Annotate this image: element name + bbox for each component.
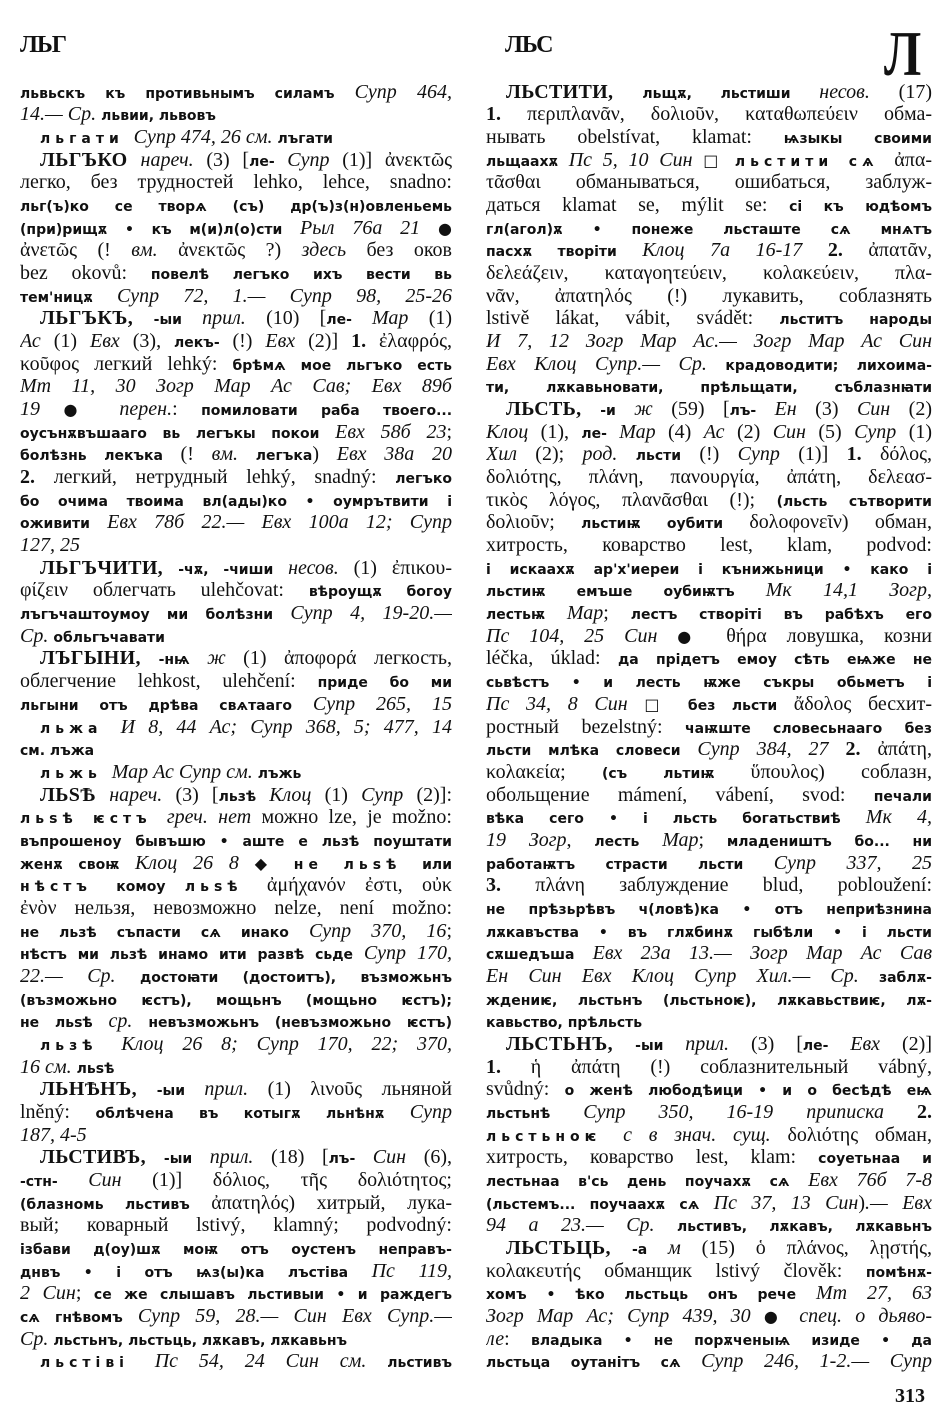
column-right: ЛЬСТИТИ, льщѫ, льстиши несов. (17)1. περ… [486, 81, 932, 1373]
source-reference: Пс 5, 10 Син [569, 149, 704, 171]
headword: ЛЪГЫНИ, [40, 647, 159, 669]
ocs-text: і искаахѫ ар'х'иереи і кънижьници • како… [486, 562, 932, 578]
gloss-text: (1) [909, 421, 932, 443]
source-reference: Евх 23а 13.— Зогр Мар Ас Сав [593, 942, 932, 964]
ocs-text: не льзѣ съпасти сѧ инако [20, 925, 309, 941]
text-line: κολακευτής обманщик lstivý člověk: помѣн… [486, 1260, 932, 1283]
source-reference: Евх 76б 7-8 [808, 1169, 932, 1191]
text-line: не льзѣ съпасти сѧ инако Супр 370, 16; [20, 920, 452, 943]
source-reference: Мт 11, 30 Зогр Мар Ас Сав; Евх 89б [20, 375, 452, 397]
source-reference: Ср. [20, 625, 53, 647]
ocs-text: лъжь [258, 766, 302, 782]
source-reference: Пс 37, 13 Син [714, 1192, 859, 1214]
text-line: lstivě lákat, vábit, svádět: льститъ нар… [486, 307, 932, 330]
ocs-text: чаѭште словесьнааго без [685, 721, 932, 737]
text-line: хитрость, коварство lest, klam: соуетьна… [486, 1146, 932, 1169]
text-line: 127, 25 [20, 534, 452, 557]
source-reference: Супр 265, 15 [313, 693, 452, 715]
gloss-text: ὕπουλος) соблазн, [751, 761, 932, 783]
source-reference: несов. [819, 81, 898, 103]
text-line: облегчение lehkost, ulehčení: приде бо м… [20, 670, 452, 693]
ocs-text: льстьца оутанітъ сѧ [486, 1355, 701, 1371]
ocs-text: без льсти [688, 698, 794, 714]
source-reference: Хил [486, 443, 535, 465]
ocs-text: льстивъ, лѫкавъ, лѫкавьнъ [677, 1219, 932, 1235]
text-line: обольщение mámení, vábení, svod: печали [486, 784, 932, 807]
gloss-text: ) [312, 443, 336, 465]
ocs-text: ізбави д(оу)шѫ моѭ отъ оустенъ неправъ- [20, 1242, 452, 1258]
source-reference: Клоц 26 8; Супр 170, 22; 370, [121, 1033, 452, 1055]
source-reference: Мар [372, 307, 429, 329]
source-reference: Син [373, 1146, 424, 1168]
gloss-text: легкий, нетрудный lehký, snadný: [54, 466, 396, 488]
gloss-text: вый; коварный lstivý, klamný; podvodný: [20, 1214, 452, 1236]
gloss-text: πλάνη заблуждение blud, pobloužení: [535, 874, 932, 896]
source-reference: Рыл 76а 21 [300, 217, 438, 239]
text-line: ЛЬЅѢ нареч. (3) [льзѣ Клоц (1) Супр (2)]… [20, 784, 452, 807]
gloss-text: (59) [ [671, 398, 729, 420]
gloss-text: ἀπάτη, [877, 738, 932, 760]
gloss-text: ἐνὸν нельзя, невозможно nelze, není možn… [20, 897, 452, 919]
ocs-text: младеништъ бо... ни [727, 834, 932, 850]
ocs-text: -ыи [154, 312, 202, 328]
text-line: льзѣ Клоц 26 8; Супр 170, 22; 370, [20, 1033, 452, 1056]
gloss-text: δολιότης обман, [787, 1124, 932, 1146]
text-line: δολιοῦν; льстиѭ оубити δολοφονεῖν) обман… [486, 511, 932, 534]
gloss-text: δολιοῦν; [486, 511, 581, 533]
text-line: львьскъ къ противьнымъ силамъ Супр 464, [20, 81, 452, 104]
text-line: 2 Син; се же слышавъ льстивыи • и раждег… [20, 1282, 452, 1305]
source-reference: прил. [685, 1033, 751, 1055]
source-reference: м [668, 1237, 702, 1259]
text-line: лестьѭ Мар; лестъ створіті въ рабѣхъ его [486, 602, 932, 625]
gloss-text: ἀνεκτῶς ?) [178, 239, 302, 261]
source-reference: Мар [619, 421, 668, 443]
source-reference: Клоц [269, 784, 324, 806]
text-line: оживити Евх 78б 22.— Евх 100а 12; Супр [20, 511, 452, 534]
ocs-text: лъ- [329, 1151, 373, 1167]
gloss-text: (3) [815, 398, 857, 420]
ocs-text: оусънѫвъшааго вь легъкы покои [20, 426, 335, 442]
source-reference: Мт 27, 63 [816, 1282, 932, 1304]
ocs-text: лестьѭ [486, 607, 567, 623]
gloss-text: κολακευτής обманщик lstivý člověk: [486, 1260, 866, 1282]
text-line: льстьноѥ с в знач. сущ. δολιότης обман, [486, 1124, 932, 1147]
ocs-text: -ыи [164, 1151, 210, 1167]
gloss-text: : [504, 1328, 531, 1350]
gloss-text: τᾶσθαι обманываться, ошибаться, заблуж- [486, 171, 932, 193]
ocs-text: -чѫ, -чиши [178, 562, 288, 578]
source-reference: Супр 72, 1.— Супр 98, 25-26 [117, 285, 452, 307]
ocs-text: помиловати раба твоего... [201, 403, 452, 419]
gloss-text: ; [698, 829, 726, 851]
ocs-text: (льстемъ... поучаахѫ сѧ [486, 1197, 714, 1213]
gloss-text: (2) [737, 421, 773, 443]
ocs-text: пасхѫ творіти [486, 244, 642, 260]
text-line: bez okovů: повелѣ легъко ихъ вести вь [20, 262, 452, 285]
ocs-text: лъгати [278, 131, 333, 147]
source-reference: Син [857, 398, 909, 420]
text-line: 14.— Ср. львии, львовъ [20, 103, 452, 126]
gloss-text: (3) [ [206, 149, 249, 171]
text-line: сѫшедъша Евх 23а 13.— Зогр Мар Ас Сав [486, 942, 932, 965]
ocs-text: -нѩ [159, 652, 208, 668]
source-reference: Клоц [486, 421, 541, 443]
text-line: κολακεία; (съ льтиѭ ὕπουλος) соблазн, [486, 761, 932, 784]
source-reference: Мк 14,1 Зогр [766, 579, 927, 601]
source-reference: 14.— Ср. [20, 103, 101, 125]
source-reference: Мар [567, 602, 603, 624]
headword: ЛЬСТЬ, [506, 398, 600, 420]
ocs-text: соуетьнаа и [818, 1151, 932, 1167]
ocs-form-spaced: льстити сѧ [735, 154, 894, 170]
text-line: вый; коварный lstivý, klamný; podvodný: [20, 1214, 452, 1237]
ocs-text: льстивъ [387, 1355, 452, 1371]
text-line: Ен Син Евх Клоц Супр Хил.— Ср. заблѫ- [486, 965, 932, 988]
ocs-text: ти, лѫкавьновати, прѣльщати, съблазнꙗти [486, 380, 932, 396]
source-reference: Супр [410, 1101, 452, 1123]
source-reference: Ас [20, 330, 54, 352]
text-line: Ср. обльгъчавати [20, 625, 452, 648]
text-line: льжа И 8, 44 Ас; Супр 368, 5; 477, 14 [20, 716, 452, 739]
text-line: ростный bezelstný: чаѭште словесьнааго б… [486, 716, 932, 739]
source-reference: здесь [302, 239, 367, 261]
sense-number: 1. [486, 1056, 531, 1078]
headword: ЛЬГЪКО [40, 149, 141, 171]
text-line: ЛЬНѢНЪ, -ыи прил. (1) λινοῦς льняной [20, 1078, 452, 1101]
ocs-text: (възможьно ѥстъ), мощьнъ (мощьно ѥстъ); [20, 993, 452, 1009]
text-line: женѫ своѭ Клоц 26 8 ◆ не льѕѣ или [20, 852, 452, 875]
ocs-text: не прѣзьрѣвъ ч(ловѣ)ка • отъ неприѣзнина [486, 902, 932, 918]
source-reference: Евх 78б 22.— Евх 100а 12; Супр [107, 511, 452, 533]
text-line: хомъ • ѣко льстьць онъ рече Мт 27, 63 [486, 1282, 932, 1305]
ocs-text: -стн- [20, 1174, 88, 1190]
ocs-text: хомъ • ѣко льстьць онъ рече [486, 1287, 816, 1303]
ocs-text: львии, львовъ [101, 108, 216, 124]
gloss-text: (2)] [902, 1033, 932, 1055]
text-line: -стн- Син (1)] δόλιος, τῆς δολιότητος; [20, 1169, 452, 1192]
sense-number: 2. [917, 1101, 932, 1123]
text-line: болѣзнь лекъка (! вм. легъка) Евх 38а 20 [20, 443, 452, 466]
text-line: δελεάζειν, καταγοητεύειν, κολακεύειν, πλ… [486, 262, 932, 285]
source-reference: перен. [119, 398, 172, 420]
text-line: пасхѫ творіти Клоц 7а 16-17 2. ἀπατᾶν, [486, 239, 932, 262]
text-line: ЛЬСТЬ, -и ж (59) [лъ- Ен (3) Син (2) [486, 398, 932, 421]
gloss-text: ростный bezelstný: [486, 716, 685, 738]
source-reference: прил. [202, 307, 266, 329]
sense-number: 2. [828, 239, 869, 261]
gloss-text: bez okovů: [20, 262, 151, 284]
text-line: 1. ἡ ἀπάτη (!) соблазнительный vábný, [486, 1056, 932, 1079]
source-reference: Мк 4, [866, 806, 932, 828]
source-reference: род. [583, 443, 636, 465]
text-line: лѫкавъства • въ глѫбинѫ гыбѣли • і льсти [486, 920, 932, 943]
ocs-text: днвъ • і отъ ѩз(ы)ка лъстіва [20, 1265, 372, 1281]
gloss-text: (1) λινοῦς льняной [268, 1078, 452, 1100]
ocs-text: ле- [249, 154, 287, 170]
headword: ЛЬСТЬНЪ, [506, 1033, 635, 1055]
section-letter: Л [884, 22, 921, 86]
ocs-form-spaced: льжь [40, 766, 112, 782]
source-reference: Супр [361, 784, 416, 806]
gloss-text: lstivě lákat, vábit, svádět: [486, 307, 779, 329]
text-line: ЛЪГЫНИ, -нѩ ж (1) ἀποφορά легкость, [20, 647, 452, 670]
ocs-text: легъко [395, 471, 452, 487]
text-line: ἀνετῶς (! вм. ἀνεκτῶς ?) здесь без оков [20, 239, 452, 262]
gloss-text: хитрость, коварство lest, klam, podvod: [486, 534, 932, 556]
ocs-form-spaced: не льѕѣ [294, 857, 422, 873]
ocs-text: льстьнѣ [486, 1106, 583, 1122]
ocs-text: тем'ницѫ [20, 290, 117, 306]
sense-number: 1. [351, 330, 379, 352]
gloss-text: ἀπατᾶν, [868, 239, 932, 261]
ocs-text: лъ- [730, 403, 775, 419]
ocs-text: облѣчена въ котыгѫ льнѣнѫ [96, 1106, 410, 1122]
source-reference: Ен Син Евх Клоц Супр Хил.— Ср. [486, 965, 879, 987]
text-line: см. лъжа [20, 738, 452, 761]
ocs-text: льстиѭ емъше оубиѭтъ [486, 584, 766, 600]
text-line: lněný: облѣчена въ котыгѫ льнѣнѫ Супр [20, 1101, 452, 1124]
marker-symbol: ● [63, 400, 119, 419]
running-head-left: ЛЬГ [20, 33, 66, 57]
text-line: ізбави д(оу)шѫ моѭ отъ оустенъ неправъ- [20, 1237, 452, 1260]
text-line: ЛЬГЪКО нареч. (3) [ле- Супр (1)] ἀνεκτῶς [20, 149, 452, 172]
text-line: ти, лѫкавьновати, прѣльщати, съблазнꙗти [486, 375, 932, 398]
ocs-text: се же слышавъ льстивыи • и раждегъ [94, 1287, 452, 1303]
source-reference: Супр 350, 16-19 приписка [583, 1101, 917, 1123]
text-line: léčka, úklad: да прідетъ емоу сѣть еѩже … [486, 647, 932, 670]
ocs-text: женѫ своѭ [20, 857, 135, 873]
gloss-text: (6), [424, 1146, 452, 1168]
gloss-text: (1), [541, 421, 582, 443]
text-line: лъгъчаштоумоу ми болѣзни Супр 4, 19-20.— [20, 602, 452, 625]
gloss-text: (3) [ [175, 784, 218, 806]
ocs-text: бо очима твоима вл(ады)ко • оумрътвити і [20, 494, 452, 510]
source-reference: Пс 119, [372, 1260, 452, 1282]
text-line: льсти млѣка словеси Супр 384, 27 2. ἀπάτ… [486, 738, 932, 761]
ocs-text: владыка • не порѫченыѩ изиде • да [531, 1333, 932, 1349]
text-line: 2. легкий, нетрудный lehký, snadný: легъ… [20, 466, 452, 489]
text-line: Пс 34, 8 Син □ без льсти ἄδολος бесхит- [486, 693, 932, 716]
sense-number: 2. [20, 466, 54, 488]
ocs-text: -ыи [157, 1083, 205, 1099]
gloss-text: (1) [54, 330, 90, 352]
source-reference: И 7, 12 Зогр Мар Ас.— Зогр Мар Ас Син [486, 330, 932, 352]
source-reference: с в знач. сущ. [623, 1124, 787, 1146]
ocs-text: лесть [594, 834, 662, 850]
ocs-text: лъгъчаштоумоу ми болѣзни [20, 607, 290, 623]
ocs-text: льѕѣ [77, 1061, 115, 1077]
ocs-text: крадоводити; лихоима- [725, 358, 932, 374]
text-line: лестьнаа в'сь день поучахѫ сѧ Евх 76б 7-… [486, 1169, 932, 1192]
source-reference: Супр 59, 28.— Син Евх Супр.— [138, 1305, 452, 1327]
text-line: 19 Зогр, лесть Мар; младеништъ бо... ни [486, 829, 932, 852]
source-reference: Пс 34, 8 Син [486, 693, 644, 715]
text-line: даться klamat se, mýlit se: сі къ юдѣомъ [486, 194, 932, 217]
text-line: И 7, 12 Зогр Мар Ас.— Зогр Мар Ас Син [486, 330, 932, 353]
gloss-text: (3) [ [751, 1033, 803, 1055]
running-head-right: ЛЬС [505, 33, 552, 57]
text-line: ЛЬГЪЧИТИ, -чѫ, -чиши несов. (1) ἐπικου- [20, 557, 452, 580]
ocs-text: вѣроущѫ богоу [309, 584, 452, 600]
source-reference: Ас [704, 421, 737, 443]
gloss-text: (! [181, 443, 212, 465]
ocs-text: льщѫ, льстиши [642, 86, 819, 102]
sense-number: 2. [845, 738, 877, 760]
source-reference: Супр [854, 421, 909, 443]
gloss-text: κοῦφος легкий lehký: [20, 353, 232, 375]
text-line: льѕѣ ѥстъ греч. нет можно lze, je možno: [20, 806, 452, 829]
source-reference: Клоц 7а 16-17 [642, 239, 828, 261]
source-reference: Супр 337, 25 [774, 852, 932, 874]
ocs-text: льсти [636, 448, 700, 464]
text-line: нывать obelstívat, klamat: ѩзыкы своими [486, 126, 932, 149]
source-reference: Клоц 26 8 [135, 852, 255, 874]
text-line: Пс 104, 25 Син ● θήρα ловушка, козни [486, 625, 932, 648]
source-reference: Супр [738, 443, 799, 465]
ocs-text: помѣнѫ- [866, 1265, 932, 1281]
text-line: льгыни отъ дрѣва свѧтааго Супр 265, 15 [20, 693, 452, 716]
text-line: сьвѣстъ • и лесть ѭже съкры обьметъ і [486, 670, 932, 693]
ocs-text: вѣка сего • і льсть богатьствиѣ [486, 811, 866, 827]
source-reference: Зогр Мар Ас; Супр 439, 30 [486, 1305, 764, 1327]
text-line: ждениѥ, льстьнъ (льстьноѥ), лѫкавьствиѥ,… [486, 988, 932, 1011]
text-line: 16 см. льѕѣ [20, 1056, 452, 1079]
gloss-text: δολιότης, πλάνη, πανουργία, ἀπάτη, δελεα… [486, 466, 932, 488]
ocs-text: брѣмѧ мое льгъко есть [232, 358, 452, 374]
text-line: льстьнѣ Супр 350, 16-19 приписка 2. [486, 1101, 932, 1124]
gloss-text: можно lze, je možno: [262, 806, 452, 828]
ocs-form-spaced: нѣстъ [20, 879, 116, 895]
text-line: і искаахѫ ар'х'иереи і кънижьници • како… [486, 557, 932, 580]
ocs-text: (при)рищѫ • къ м(и)л(о)сти [20, 222, 300, 238]
gloss-text: ἡ ἀπάτη (!) соблазнительный vábný, [531, 1056, 932, 1078]
headword: ЛЬСТЬЦЬ, [506, 1237, 632, 1259]
ocs-text: ѩзыкы своими [784, 131, 932, 147]
text-line: τᾶσθαι обманываться, ошибаться, заблуж- [486, 171, 932, 194]
gloss-text: δόλος, [880, 443, 932, 465]
ocs-form-spaced: льстьноѥ [486, 1129, 623, 1145]
source-reference: Евх Клоц Супр.— Ср. [486, 353, 725, 375]
marker-symbol: □ [703, 151, 735, 170]
source-reference: 187, 4-5 [20, 1124, 87, 1146]
gloss-text: ἐλαφρός, [379, 330, 452, 352]
source-reference: 22.— Ср. [20, 965, 140, 987]
gloss-text: (4) [668, 421, 704, 443]
marker-symbol: ◆ [255, 854, 294, 873]
text-line: льжь Мар Ас Супр см. лъжь [20, 761, 452, 784]
text-line: 187, 4-5 [20, 1124, 452, 1147]
text-line: ἐνὸν нельзя, невозможно nelze, není možn… [20, 897, 452, 920]
gloss-text: (1)] [798, 443, 846, 465]
ocs-text: львьскъ къ противьнымъ силамъ [20, 86, 355, 102]
ocs-text: болѣзнь лекъка [20, 448, 181, 464]
source-reference: Супр 246, 1-2.— Супр [701, 1350, 932, 1372]
source-reference: Евх [850, 1033, 902, 1055]
gloss-text: (2)] [308, 330, 351, 352]
gloss-text: (17) [899, 81, 932, 103]
ocs-text: гл(агол)ѫ • понеже льсташте сѧ мнѧтъ [486, 222, 932, 238]
gloss-text: облегчение lehkost, ulehčení: [20, 670, 318, 692]
headword: ЛЬСТИТИ, [506, 81, 642, 103]
text-line: не льѕѣ ср. невъзможьнъ (невъзможьно ѥст… [20, 1010, 452, 1033]
text-line: легко, без трудностей lehko, lehce, snad… [20, 171, 452, 194]
text-line: хитрость, коварство lest, klam, podvod: [486, 534, 932, 557]
ocs-text: (съ льтиѭ [602, 766, 751, 782]
text-line: нѣстъ комоу льѕѣ ἀμήχανόν ἐστι, οὐκ [20, 874, 452, 897]
sense-number: 1. [486, 103, 527, 125]
source-reference: ср. [109, 1010, 149, 1032]
text-line: льстьца оутанітъ сѧ Супр 246, 1-2.— Супр [486, 1350, 932, 1373]
ocs-text: сі къ юдѣомъ [789, 199, 932, 215]
source-reference: ле [486, 1328, 504, 1350]
source-reference: Пс 104, 25 Син [486, 625, 677, 647]
source-reference: Супр 464, [355, 81, 452, 103]
ocs-text: льщаахѫ [486, 154, 569, 170]
sense-number: 1. [847, 443, 880, 465]
gloss-text: ; [446, 421, 452, 443]
text-line: 1. περιπλανᾶν, δολιοῦν, καταθωπεύειν обм… [486, 103, 932, 126]
ocs-text: повелѣ легъко ихъ вести вь [151, 267, 452, 283]
gloss-text: (10) [ [266, 307, 326, 329]
gloss-text: хитрость, коварство lest, klam: [486, 1146, 818, 1168]
text-line: κοῦφος легкий lehký: брѣмѧ мое льгъко ес… [20, 353, 452, 376]
headword: ЛЬГЪКЪ, [40, 307, 154, 329]
text-line: τικὸς λόγος, πλανᾶσθαι (!); (льсть сътво… [486, 489, 932, 512]
text-line: (при)рищѫ • къ м(и)л(о)сти Рыл 76а 21 ● [20, 217, 452, 240]
gloss-text: : [172, 398, 201, 420]
gloss-text: ἀπατηλός) хитрый, лука- [211, 1192, 452, 1214]
ocs-text: въпрошеноу бывъшю • аште е льзѣ поуштати [20, 834, 452, 850]
gloss-text: θήρα ловушка, козни [726, 625, 932, 647]
text-line: ЛЬСТИВЪ, -ыи прил. (18) [лъ- Син (6), [20, 1146, 452, 1169]
source-reference: 19 [20, 398, 63, 420]
ocs-text: кавьство, прѣльсть [486, 1015, 642, 1031]
gloss-text: svůdný: [486, 1078, 565, 1100]
source-reference: прил. [210, 1146, 271, 1168]
ocs-text: -и [600, 403, 634, 419]
ocs-form-spaced: льжа [40, 721, 121, 737]
gloss-text: ; [603, 602, 630, 624]
gloss-text: νᾶν, ἀπατηλός (!) лукавить, соблазнять [486, 285, 932, 307]
gloss-text: κολακεία; [486, 761, 602, 783]
text-line: тем'ницѫ Супр 72, 1.— Супр 98, 25-26 [20, 285, 452, 308]
gloss-text: (1) [429, 307, 452, 329]
source-reference: несов. [288, 557, 354, 579]
text-line: въпрошеноу бывъшю • аште е льзѣ поуштати [20, 829, 452, 852]
gloss-text: ἀνετῶς (! [20, 239, 131, 261]
gloss-text: lněný: [20, 1101, 96, 1123]
source-reference: ж [634, 398, 671, 420]
ocs-text: лекъ- [174, 335, 232, 351]
ocs-text: или [422, 857, 452, 873]
marker-symbol: ● [438, 219, 452, 238]
text-line: сѧ гнѣвомъ Супр 59, 28.— Син Евх Супр.— [20, 1305, 452, 1328]
text-line: 22.— Ср. достоꙗти (достоитъ), възможьнъ [20, 965, 452, 988]
text-line: δολιότης, πλάνη, πανουργία, ἀπάτη, δελεα… [486, 466, 932, 489]
gloss-text: легко, без трудностей lehko, lehce, snad… [20, 171, 452, 193]
gloss-text: léčka, úklad: [486, 647, 618, 669]
ocs-text: льстиѭ оубити [581, 516, 749, 532]
text-line: ЛЬСТЬНЪ, -ыи прил. (3) [ле- Евх (2)] [486, 1033, 932, 1056]
gloss-text: , [567, 829, 595, 851]
ocs-text: ле- [326, 312, 372, 328]
gloss-text: ; [446, 920, 452, 942]
text-line: Евх Клоц Супр.— Ср. крадоводити; лихоима… [486, 353, 932, 376]
gloss-text: (1) [325, 784, 361, 806]
ocs-form-spaced: льзѣ [40, 1038, 121, 1054]
text-line: гл(агол)ѫ • понеже льсташте сѧ мнѧтъ [486, 217, 932, 240]
